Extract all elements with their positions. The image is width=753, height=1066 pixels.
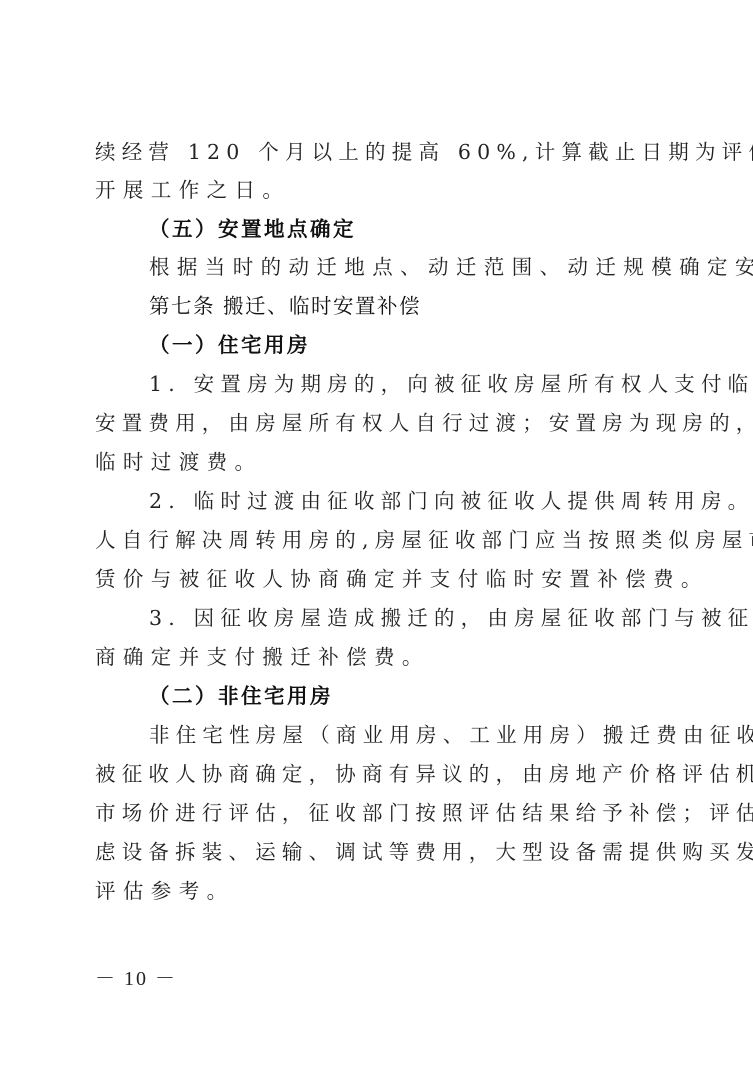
paragraph-item-1-line-3: 临时过渡费。 [95, 443, 262, 481]
paragraph-item-2-line-3: 赁价与被征收人协商确定并支付临时安置补偿费。 [95, 560, 709, 598]
paragraph-non-residential-line-5: 评估参考。 [95, 872, 235, 910]
paragraph-non-residential-line-1: 非住宅性房屋（商业用房、工业用房）搬迁费由征收部门与 [149, 716, 753, 754]
paragraph-item-1-line-2: 安置费用，由房屋所有权人自行过渡；安置房为现房的，不支付 [95, 404, 753, 442]
section-heading-residential: （一）住宅用房 [149, 326, 310, 364]
paragraph-line-start-date: 开展工作之日。 [95, 171, 290, 209]
section-heading-non-residential: （二）非住宅用房 [149, 677, 333, 715]
paragraph-item-3-line-1: 3. 因征收房屋造成搬迁的，由房屋征收部门与被征收人协 [149, 599, 753, 637]
article-heading-seven: 第七条 搬迁、临时安置补偿 [149, 287, 421, 325]
paragraph-item-2-line-1: 2. 临时过渡由征收部门向被征收人提供周转用房。被征收 [149, 482, 753, 520]
page-number: － 10 － [95, 962, 177, 991]
paragraph-resettlement-location: 根据当时的动迁地点、动迁范围、动迁规模确定安置点。 [149, 248, 753, 286]
paragraph-line-continued-operation: 续经营 120 个月以上的提高 60%,计算截止日期为评估公司进驻 [95, 133, 753, 171]
paragraph-non-residential-line-2: 被征收人协商确定，协商有异议的，由房地产价格评估机构按照 [95, 755, 753, 793]
section-heading-resettlement-location: （五）安置地点确定 [149, 210, 356, 248]
paragraph-item-3-line-2: 商确定并支付搬迁补偿费。 [95, 638, 430, 676]
paragraph-item-2-line-2: 人自行解决周转用房的,房屋征收部门应当按照类似房屋市场租 [95, 521, 753, 559]
paragraph-item-1-line-1: 1. 安置房为期房的，向被征收房屋所有权人支付临时过渡 [149, 365, 753, 403]
paragraph-non-residential-line-3: 市场价进行评估，征收部门按照评估结果给予补偿；评估时需考 [95, 794, 753, 832]
paragraph-non-residential-line-4: 虑设备拆装、运输、调试等费用，大型设备需提供购买发票作为 [95, 833, 753, 871]
